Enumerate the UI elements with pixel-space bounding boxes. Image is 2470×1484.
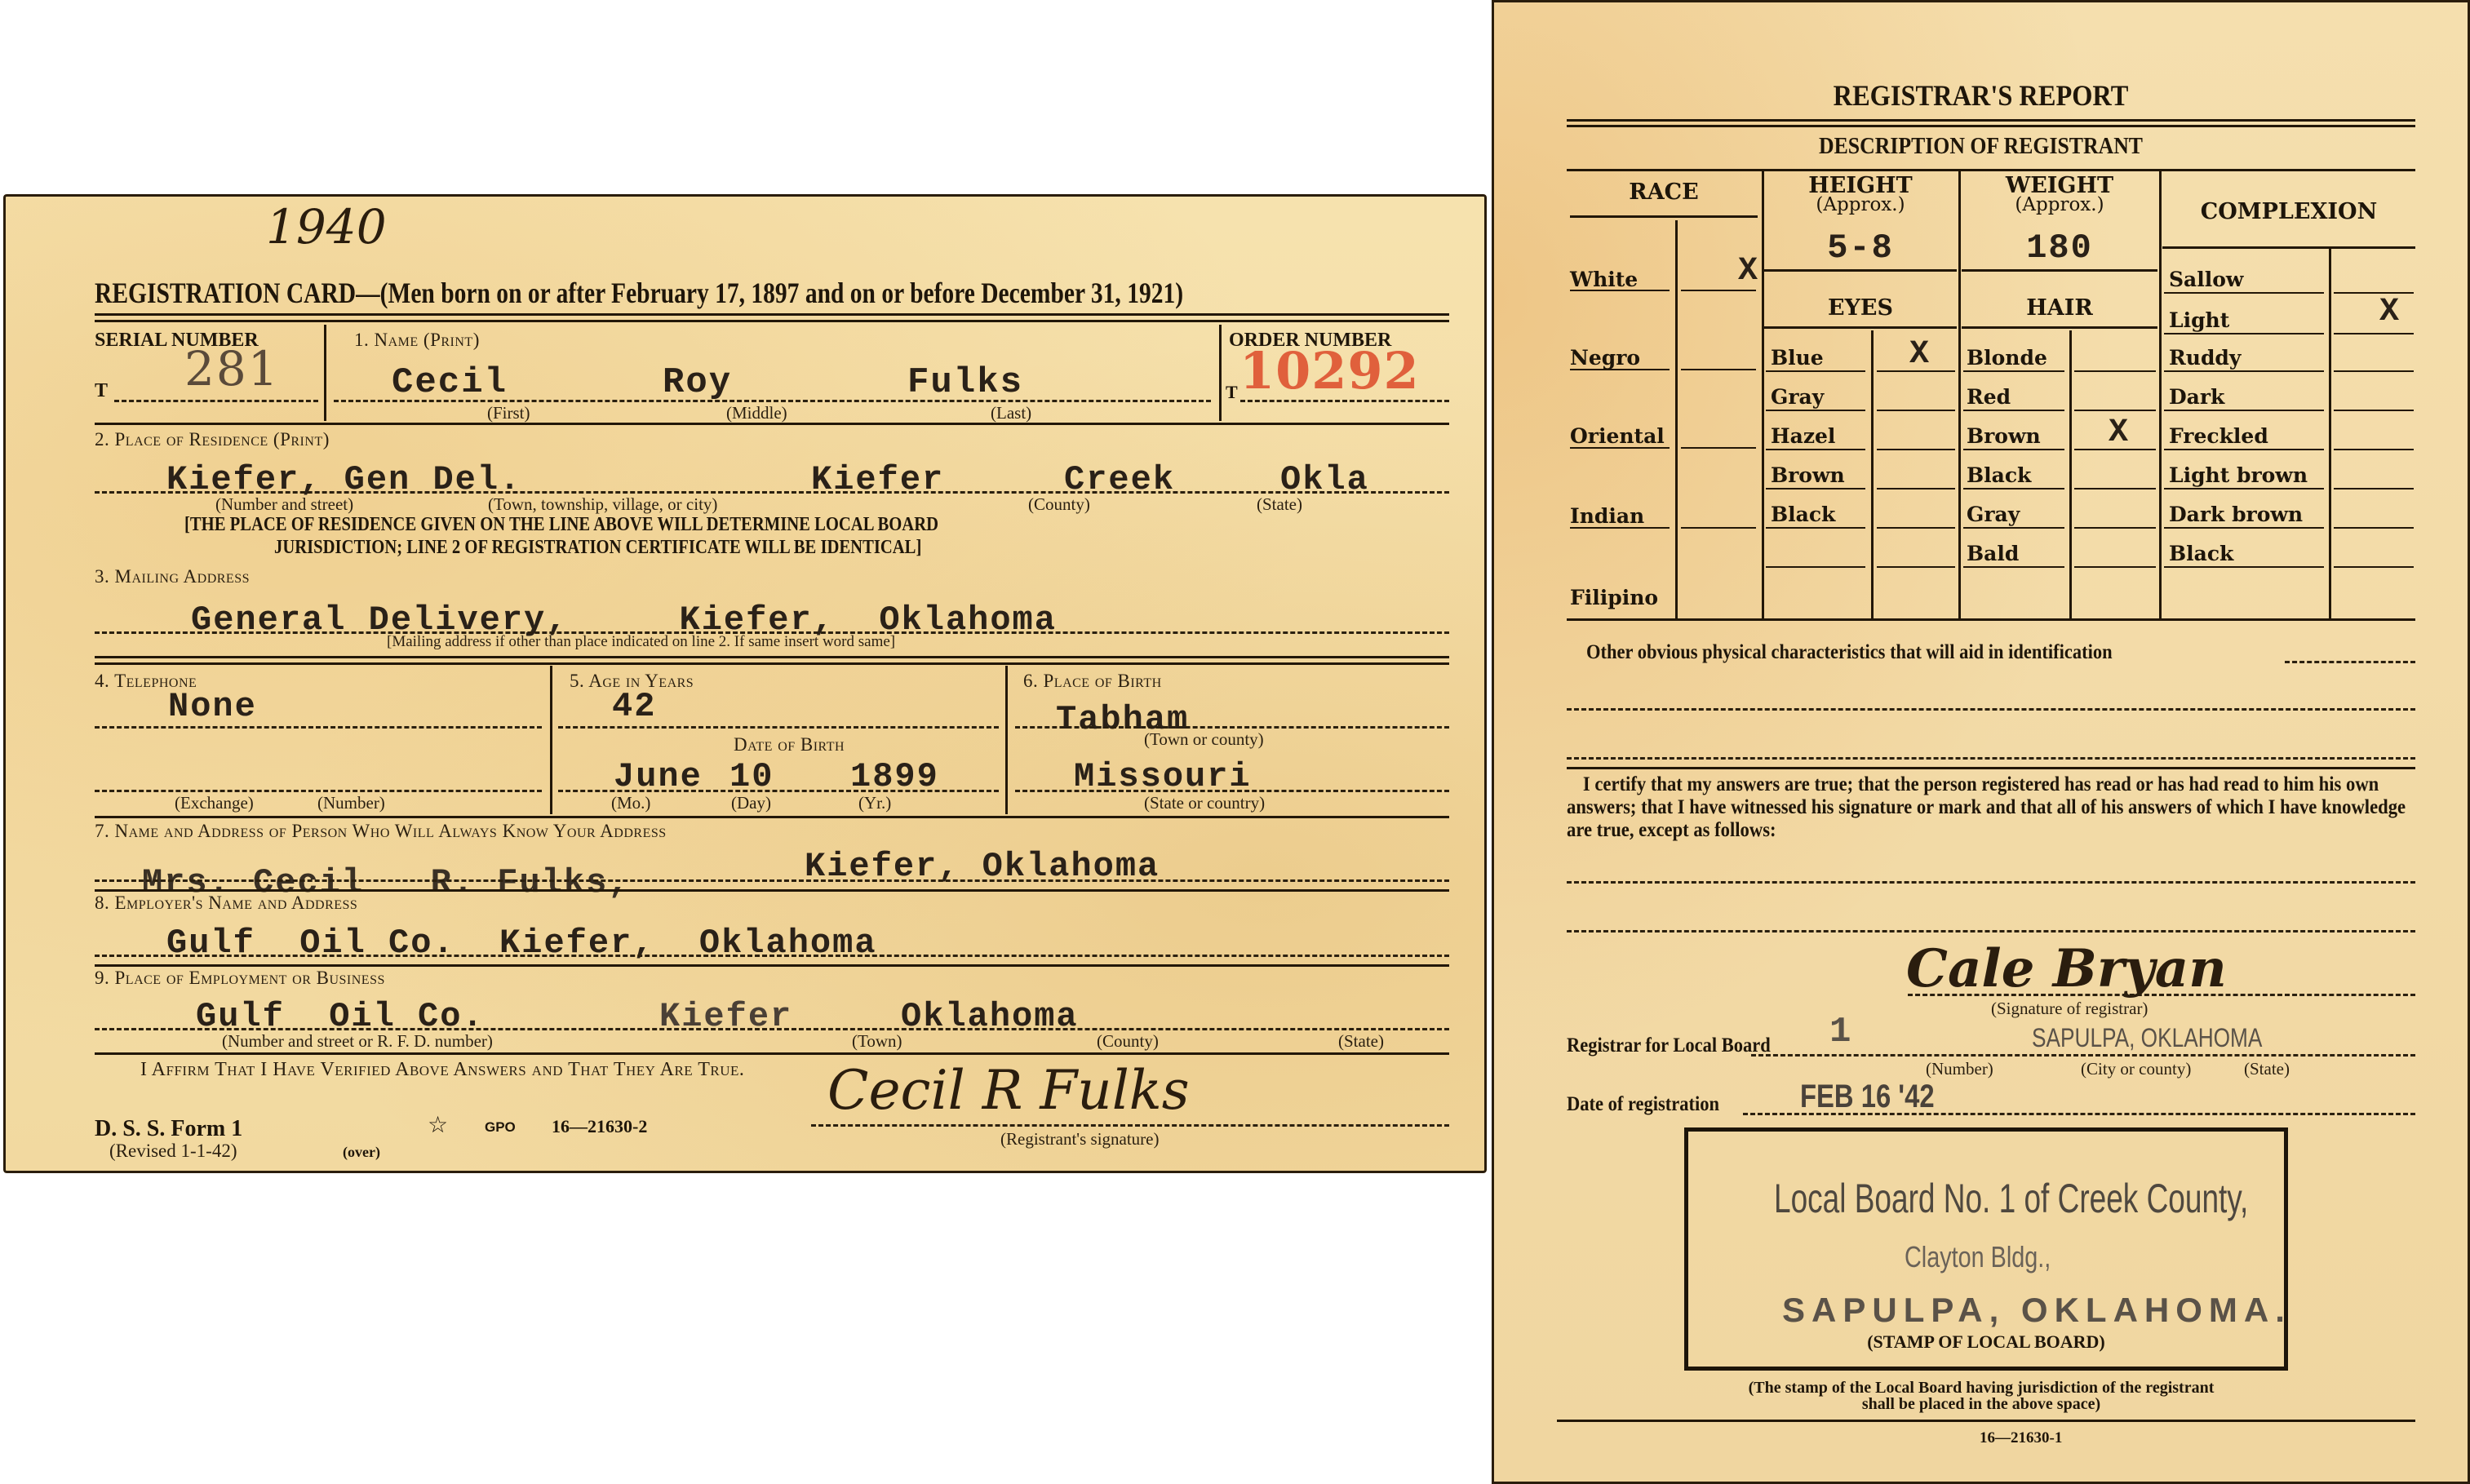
race-rule: [1681, 290, 1756, 291]
stamp-caption: (STAMP OF LOCAL BOARD): [1684, 1331, 2288, 1353]
birth-town-underline: [1015, 726, 1449, 729]
eyes-header: EYES: [1764, 295, 1957, 321]
stamp-line-2: Clayton Bldg.,: [1905, 1240, 2051, 1274]
weight-rule: [1962, 269, 2157, 272]
contact-underline: [95, 879, 1449, 882]
registrar-signature-underline: [1908, 994, 2415, 996]
age-underline: [558, 726, 999, 729]
other-characteristics-line-0: [2285, 661, 2415, 663]
stamp-line-1: Local Board No. 1 of Creek County,: [1774, 1175, 2248, 1222]
complexion-option-light: Light: [2169, 308, 2229, 332]
race-rule: [1570, 290, 1670, 291]
complexion-rule: [2334, 527, 2414, 529]
complexion-rule: [2164, 333, 2324, 334]
hair-option-blonde: Blonde: [1967, 346, 2047, 370]
month-caption: (Mo.): [611, 793, 650, 813]
complexion-rule: [2164, 410, 2324, 411]
complexion-option-ruddy: Ruddy: [2169, 346, 2241, 370]
dob-underline: [558, 790, 999, 792]
race-rule: [1681, 369, 1756, 370]
eyes-rule: [1766, 566, 1865, 568]
report-title: REGISTRAR'S REPORT: [1541, 78, 2421, 113]
eyes-blue-check[interactable]: X: [1909, 336, 1929, 373]
complexion-check-divider: [2329, 249, 2331, 618]
serial-prefix: T: [95, 380, 108, 402]
divider-serial-name: [324, 325, 326, 421]
title-rule-top: [95, 313, 1449, 316]
star-icon: ☆: [428, 1111, 448, 1138]
order-underline: [1240, 400, 1449, 402]
birth-town-caption: (Town or county): [1144, 729, 1264, 750]
middle-caption: (Middle): [726, 403, 787, 423]
date-underline: [1743, 1113, 2415, 1115]
eyes-header-rule: [1764, 326, 1957, 329]
title-rule-bottom: [1567, 125, 2415, 127]
residence-county-caption: (County): [1028, 494, 1090, 515]
complexion-rule: [2164, 370, 2324, 372]
hair-header: HAIR: [1962, 295, 2157, 321]
weight-value: 180: [1962, 228, 2157, 268]
form-revised: (Revised 1-1-42): [109, 1141, 237, 1162]
complexion-rule: [2334, 449, 2414, 450]
race-rule: [1570, 527, 1670, 529]
race-header-rule: [1570, 215, 1758, 218]
eyes-check-divider: [1871, 330, 1874, 618]
residence-underline: [95, 491, 1449, 494]
form-code-right: 16—21630-1: [1980, 1429, 2062, 1447]
title-rule-bottom: [95, 320, 1449, 322]
eyes-rule: [1766, 410, 1865, 411]
race-option-negro: Negro: [1570, 346, 1640, 370]
eyes-rule: [1766, 488, 1865, 489]
complexion-rule: [2334, 333, 2414, 334]
row7-bottom-rule: [95, 889, 1449, 892]
name-label: 1. Name (Print): [354, 330, 480, 351]
hair-brown-check[interactable]: X: [2109, 414, 2128, 451]
eyes-rule: [1877, 449, 1955, 450]
employment-county-caption: (County): [1097, 1031, 1159, 1052]
eyes-rule: [1877, 488, 1955, 489]
row6-bottom-rule: [95, 816, 1449, 818]
telephone-underline-1: [95, 726, 542, 729]
title-rule-top: [1567, 119, 2415, 122]
residence-state-caption: (State): [1257, 494, 1302, 515]
hair-option-black: Black: [1967, 463, 2031, 487]
employment-town-caption: (Town): [852, 1031, 902, 1052]
eyes-rule: [1766, 449, 1865, 450]
affirmation-text: I Affirm That I Have Verified Above Answ…: [140, 1059, 744, 1081]
last-caption: (Last): [991, 403, 1031, 423]
date-of-registration-value: FEB 16 '42: [1800, 1079, 1935, 1115]
eyes-option-brown: Brown: [1771, 463, 1845, 487]
employment-place-label: 9. Place of Employment or Business: [95, 968, 385, 989]
race-rule: [1570, 447, 1670, 449]
hair-rule: [1963, 370, 2064, 372]
height-rule: [1764, 269, 1957, 272]
eyes-rule: [1766, 370, 1865, 372]
residence-label: 2. Place of Residence (Print): [95, 429, 330, 450]
form-code-left: 16—21630-2: [552, 1116, 647, 1137]
footer-rule: [1557, 1420, 2415, 1422]
eyes-rule: [1877, 527, 1955, 529]
day-caption: (Day): [731, 793, 771, 813]
complexion-rule: [2164, 449, 2324, 450]
registration-card: 1940 REGISTRATION CARD—(Men born on or a…: [3, 194, 1487, 1173]
hair-rule: [2074, 410, 2156, 411]
certify-top-rule: [1567, 767, 2415, 769]
hair-rule: [1963, 449, 2064, 450]
hair-option-red: Red: [1967, 385, 2011, 409]
complexion-rule: [2334, 410, 2414, 411]
weight-sub: (Approx.): [1962, 194, 2157, 215]
complexion-option-dark-brown: Dark brown: [2169, 503, 2303, 526]
form-name: D. S. S. Form 1: [95, 1116, 242, 1142]
local-board-number-caption: (Number): [1926, 1059, 1993, 1079]
signature-underline: [811, 1124, 1449, 1127]
row1-bottom-rule: [95, 423, 1449, 425]
card-title: REGISTRATION CARD—(Men born on or after …: [95, 276, 1183, 310]
divider-weight-complexion: [2159, 171, 2162, 618]
gpo-label: GPO: [485, 1119, 516, 1136]
registrars-report-card: REGISTRAR'S REPORT DESCRIPTION OF REGIST…: [1492, 0, 2470, 1484]
birth-state-caption: (State or country): [1144, 793, 1265, 813]
hair-rule: [1963, 566, 2064, 568]
last-name-value: Fulks: [907, 362, 1023, 403]
complexion-option-sallow: Sallow: [2169, 268, 2243, 291]
eyes-option-black: Black: [1771, 503, 1835, 526]
year-caption: (Yr.): [858, 793, 891, 813]
serial-number-value: 281: [184, 341, 280, 396]
row3-rule-top: [95, 656, 1449, 658]
divider-phone-age: [550, 666, 552, 814]
divider-name-order: [1219, 325, 1222, 421]
local-board-underline: [1751, 1054, 2415, 1057]
first-name-value: Cecil: [392, 362, 508, 403]
race-check-divider: [1675, 220, 1678, 618]
complexion-rule: [2334, 292, 2414, 294]
certification-text: I certify that my answers are true; that…: [1567, 773, 2416, 842]
residence-notice-line1: [THE PLACE OF RESIDENCE GIVEN ON THE LIN…: [184, 514, 938, 536]
hair-option-bald: Bald: [1967, 542, 2019, 565]
employment-state-caption: (State): [1338, 1031, 1384, 1052]
complexion-rule: [2334, 370, 2414, 372]
registrar-signature: Cale Bryan: [1906, 938, 2227, 999]
date-of-registration-label: Date of registration: [1567, 1093, 1719, 1116]
order-prefix: T: [1226, 382, 1238, 403]
divider-age-birth: [1005, 666, 1008, 814]
residence-street-caption: (Number and street): [215, 494, 353, 515]
registrar-signature-caption: (Signature of registrar): [1991, 999, 2148, 1019]
hair-rule: [2074, 370, 2156, 372]
telephone-underline-2: [95, 790, 542, 792]
residence-town-caption: (Town, township, village, or city): [488, 494, 717, 515]
name-underline: [334, 400, 1211, 402]
complexion-rule: [2334, 566, 2414, 568]
race-option-oriental: Oriental: [1570, 424, 1665, 448]
local-board-city-caption: (City or county): [2081, 1059, 2191, 1079]
complexion-light-check[interactable]: X: [2379, 294, 2399, 330]
eyes-rule: [1877, 410, 1955, 411]
table-bottom-rule: [1567, 618, 2415, 621]
height-sub: (Approx.): [1764, 194, 1957, 215]
race-option-filipino: Filipino: [1570, 586, 1658, 609]
complexion-option-dark: Dark: [2169, 385, 2224, 409]
certify-line-2: [1567, 930, 2415, 932]
mailing-caption: [Mailing address if other than place ind…: [387, 633, 895, 651]
row9-bottom-rule: [95, 1052, 1449, 1055]
complexion-rule: [2164, 292, 2324, 294]
local-board-number: 1: [1829, 1012, 1852, 1052]
divider-height-weight: [1958, 171, 1961, 618]
race-white-check[interactable]: X: [1738, 253, 1758, 290]
other-characteristics-label: Other obvious physical characteristics t…: [1586, 641, 2113, 664]
hair-rule: [1963, 527, 2064, 529]
certify-line-1: [1567, 881, 2415, 884]
birth-state-underline: [1015, 790, 1449, 792]
hair-rule: [1963, 488, 2064, 489]
complexion-rule: [2164, 566, 2324, 568]
subtitle-rule: [1567, 169, 2415, 171]
eyes-rule: [1877, 566, 1955, 568]
height-value: 5-8: [1764, 228, 1957, 268]
row8-bottom-rule: [95, 964, 1449, 967]
race-header: RACE: [1570, 179, 1758, 205]
number-caption: (Number): [317, 793, 385, 813]
hair-option-brown: Brown: [1967, 424, 2041, 448]
dob-label: Date of Birth: [734, 734, 845, 755]
registrant-signature: Cecil R Fulks: [827, 1059, 1190, 1122]
hair-rule: [2074, 488, 2156, 489]
hair-rule: [1963, 410, 2064, 411]
serial-underline: [114, 400, 318, 402]
race-rule: [1681, 447, 1756, 449]
race-rule: [1681, 527, 1756, 529]
hair-rule: [2074, 449, 2156, 450]
hair-check-divider: [2069, 330, 2072, 618]
over-note: (over): [343, 1144, 380, 1161]
employment-underline: [95, 1028, 1449, 1030]
complexion-header: COMPLEXION: [2162, 199, 2415, 224]
race-option-white: White: [1570, 268, 1638, 291]
local-board-label: Registrar for Local Board: [1567, 1034, 1771, 1057]
hair-rule: [2074, 566, 2156, 568]
eyes-option-blue: Blue: [1771, 346, 1824, 370]
race-option-indian: Indian: [1570, 504, 1644, 528]
complexion-rule: [2164, 527, 2324, 529]
complexion-rule: [2334, 488, 2414, 489]
first-caption: (First): [487, 403, 530, 423]
row3-rule-bottom: [95, 662, 1449, 665]
telephone-value: None: [168, 687, 257, 726]
employer-label: 8. Employer's Name and Address: [95, 893, 357, 914]
eyes-option-hazel: Hazel: [1771, 424, 1835, 448]
local-board-city: SAPULPA, OKLAHOMA: [2032, 1023, 2262, 1053]
eyes-rule: [1766, 527, 1865, 529]
other-characteristics-line-1: [1567, 708, 2415, 711]
exchange-caption: (Exchange): [175, 793, 254, 813]
signature-caption: (Registrant's signature): [1000, 1129, 1160, 1150]
stamp-line-3: SAPULPA, OKLAHOMA.: [1782, 1291, 2291, 1330]
hair-header-rule: [1962, 326, 2157, 329]
complexion-header-rule: [2162, 246, 2415, 249]
eyes-option-gray: Gray: [1771, 385, 1824, 409]
report-subtitle: DESCRIPTION OF REGISTRANT: [1531, 134, 2431, 160]
complexion-rule: [2164, 488, 2324, 489]
stamp-note-line2: shall be placed in the above space): [1614, 1395, 2348, 1414]
middle-name-value: Roy: [663, 362, 732, 403]
eyes-rule: [1877, 370, 1955, 372]
employer-underline: [95, 955, 1449, 957]
handwritten-year: 1940: [266, 199, 387, 255]
birthplace-label: 6. Place of Birth: [1023, 671, 1162, 692]
mailing-label: 3. Mailing Address: [95, 566, 250, 587]
other-characteristics-line-2: [1567, 757, 2415, 760]
complexion-option-black: Black: [2169, 542, 2233, 565]
employment-street-caption: (Number and street or R. F. D. number): [222, 1031, 493, 1052]
order-number-value: 10292: [1239, 341, 1420, 401]
hair-option-gray: Gray: [1967, 503, 2020, 526]
complexion-option-light-brown: Light brown: [2169, 463, 2308, 487]
residence-notice-line2: JURISDICTION; LINE 2 OF REGISTRATION CER…: [274, 537, 921, 559]
contact-label: 7. Name and Address of Person Who Will A…: [95, 821, 667, 842]
age-value: 42: [612, 687, 656, 726]
hair-rule: [2074, 527, 2156, 529]
race-rule: [1570, 369, 1670, 370]
local-board-state-caption: (State): [2244, 1059, 2290, 1079]
complexion-option-freckled: Freckled: [2169, 424, 2268, 448]
